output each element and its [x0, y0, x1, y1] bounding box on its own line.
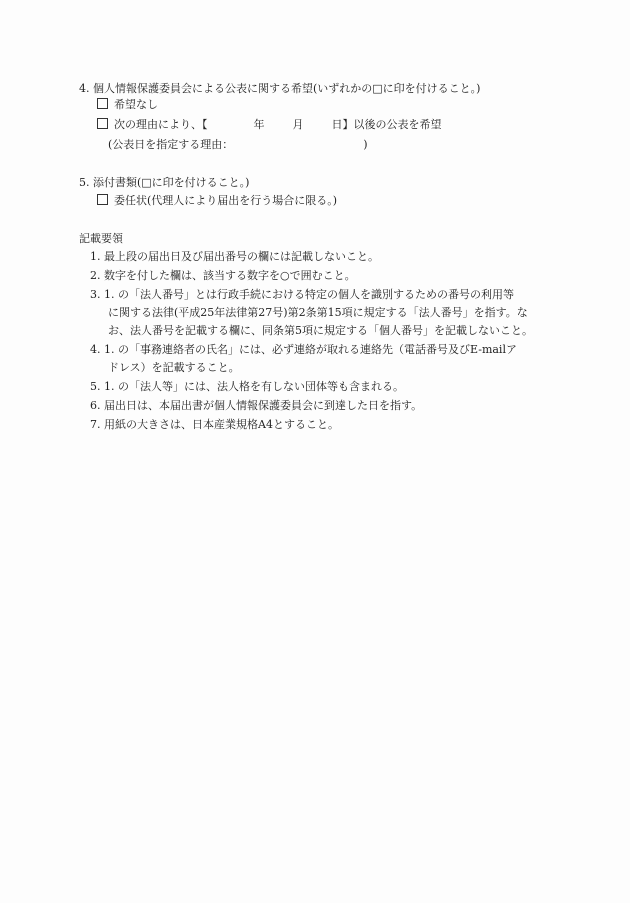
- instruction-item: 4. 1. の「事務連絡者の氏名」には、必ず連絡が取れる連絡先（電話番号及びE-…: [90, 343, 517, 357]
- instruction-item: 5. 1. の「法人等」には、法人格を有しない団体等も含まれる。: [90, 380, 404, 394]
- section-4-heading: 4. 個人情報保護委員会による公表に関する希望(いずれかの□に印を付けること。): [79, 82, 480, 96]
- instruction-item: 2. 数字を付した欄は、該当する数字を○で囲むこと。: [90, 269, 356, 283]
- option-power-of-attorney[interactable]: 委任状(代理人により届出を行う場合に限る。): [97, 194, 337, 208]
- reason-line: (公表日を指定する理由：): [108, 138, 368, 152]
- instruction-item-cont: ドレス）を記載すること。: [108, 361, 240, 375]
- instruction-item: 3. 1. の「法人番号」とは行政手続における特定の個人を識別するための番号の利…: [90, 288, 514, 302]
- instruction-item: 7. 用紙の大きさは、日本産業規格A4とすること。: [90, 418, 339, 432]
- section-5-heading: 5. 添付書類(□に印を付けること。): [79, 176, 249, 190]
- instruction-item: 1. 最上段の届出日及び届出番号の欄には記載しないこと。: [90, 250, 379, 264]
- instruction-item-cont: お、法人番号を記載する欄に、同条第5項に規定する「個人番号」を記載しないこと。: [108, 324, 533, 338]
- option-specified-date[interactable]: 次の理由により、【年月日】以後の公表を希望: [97, 118, 442, 132]
- checkbox-icon[interactable]: [97, 118, 108, 129]
- checkbox-icon[interactable]: [97, 98, 108, 109]
- instruction-item-cont: に関する法律(平成25年法律第27号)第2条第15項に規定する「法人番号」を指す…: [108, 306, 528, 320]
- option-no-preference[interactable]: 希望なし: [97, 98, 158, 112]
- checkbox-icon[interactable]: [97, 194, 108, 205]
- instructions-title: 記載要領: [79, 232, 123, 246]
- instruction-item: 6. 届出日は、本届出書が個人情報保護委員会に到達した日を指す。: [90, 399, 422, 413]
